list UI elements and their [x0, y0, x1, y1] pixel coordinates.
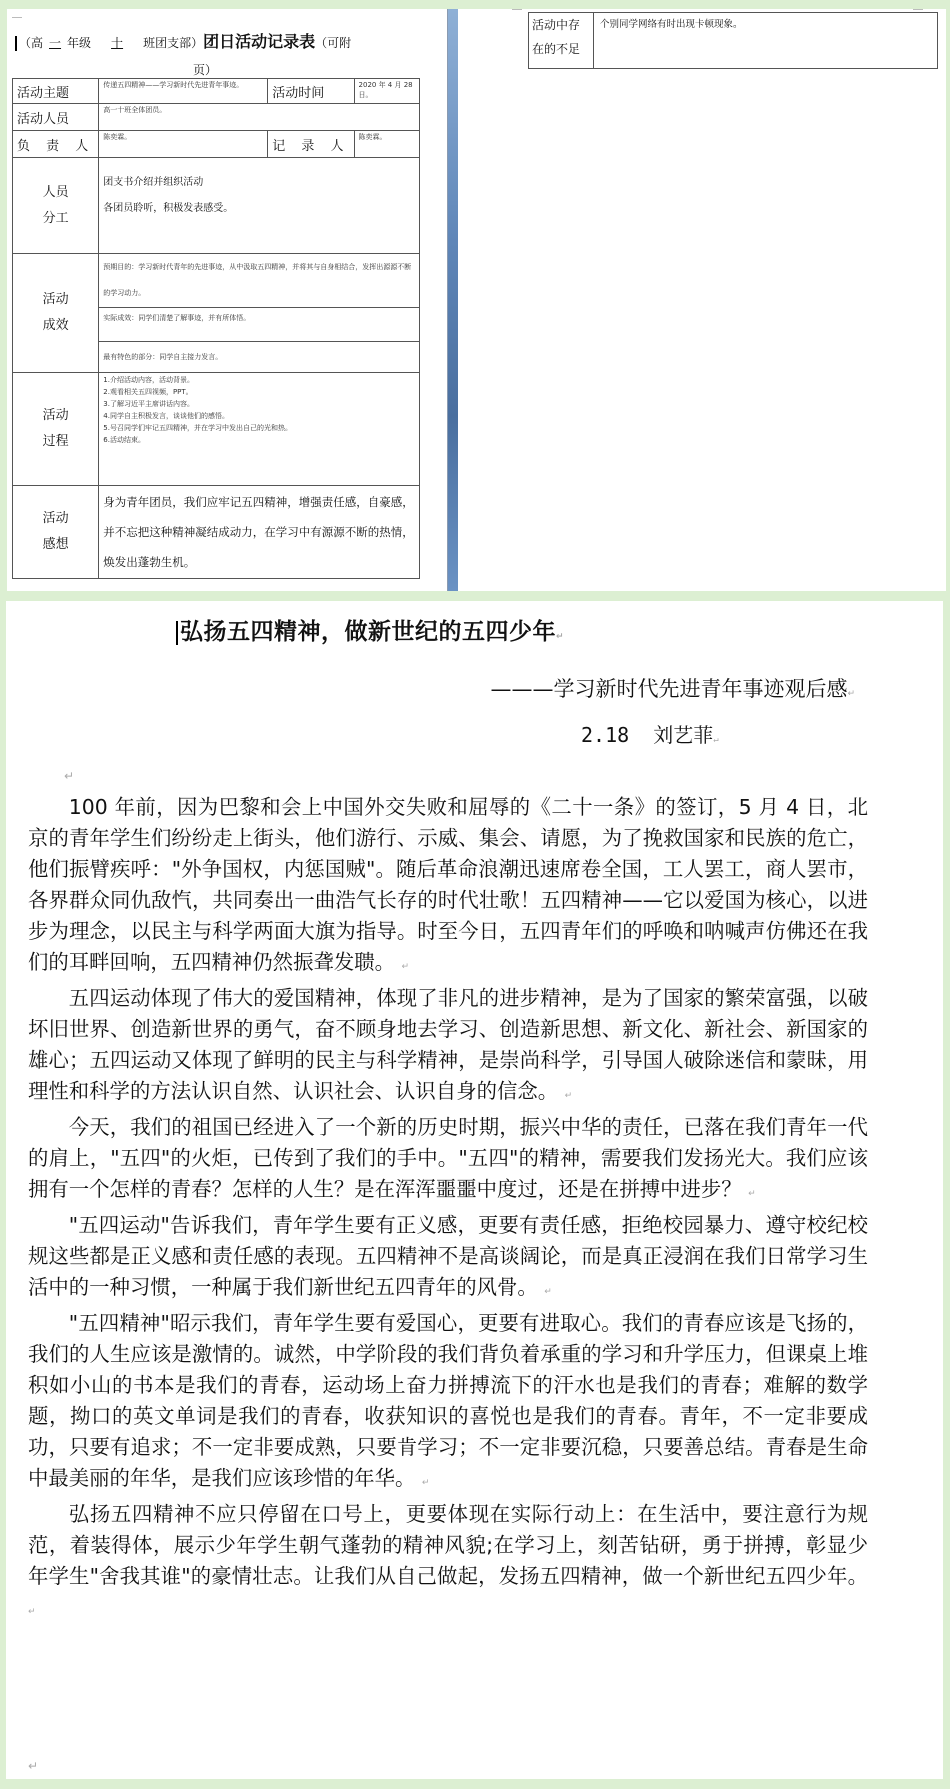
division-label-line-1: 人员: [17, 180, 94, 206]
results-actual[interactable]: 实际成效：同学们清楚了解事迹，并有所体悟。: [99, 308, 420, 342]
essay-title[interactable]: 弘扬五四精神，做新世纪的五四少年↵: [176, 613, 564, 646]
time-label: 活动时间: [268, 79, 354, 104]
feelings-label-line-1: 活动: [17, 506, 94, 532]
results-label-line-2: 成效: [17, 313, 94, 339]
process-step: 1.介绍活动内容，活动背景。: [103, 374, 415, 386]
document-page-essay: 弘扬五四精神，做新世纪的五四少年↵ ———学习新时代先进青年事迹观后感↵ 2.1…: [6, 601, 943, 1779]
process-step: 4.同学自主积极发言，谈谈他们的感悟。: [103, 410, 415, 422]
division-line-2: 各团员聆听，积极发表感受。: [103, 196, 415, 222]
division-value[interactable]: 团支书介绍并组织活动 各团员聆听，积极发表感受。: [99, 158, 420, 254]
process-label: 活动 过程: [13, 373, 99, 486]
essay-paragraph: 五四运动体现了伟大的爱国精神，体现了非凡的进步精神，是为了国家的繁荣富强，以破坏…: [28, 983, 868, 1112]
essay-author-text: 2.18 刘艺菲: [581, 723, 713, 747]
process-step: 3.了解习近平主席讲话内容。: [103, 398, 415, 410]
process-step: 5.号召同学们牢记五四精神，并在学习中发出自己的光和热。: [103, 422, 415, 434]
recorder-value[interactable]: 陈奕霖。: [354, 131, 419, 158]
paragraph-text: 100 年前，因为巴黎和会上中国外交失败和屈辱的《二十一条》的签订，5 月 4 …: [28, 795, 868, 974]
text-cursor: [15, 36, 17, 51]
paragraph-text: 今天，我们的祖国已经进入了一个新的历史时期，振兴中华的责任，已落在我们青年一代的…: [28, 1115, 868, 1201]
paragraph-mark-icon: ↵: [556, 632, 564, 642]
paragraph-mark-icon: ↵: [422, 1478, 430, 1488]
recorder-label: 记 录 人: [268, 131, 354, 158]
process-step: 2.观看相关五四视频，PPT。: [103, 386, 415, 398]
class-label: 班团支部）: [143, 36, 203, 50]
theme-label: 活动主题: [13, 79, 99, 104]
essay-paragraph: "五四精神"昭示我们，青年学生要有爱国心，更要有进取心。我们的青春应该是飞扬的，…: [28, 1308, 868, 1499]
feelings-label: 活动 感想: [13, 486, 99, 579]
deficit-value[interactable]: 个别同学网络有时出现卡顿现象。: [594, 13, 938, 69]
deficit-table: 活动中存 在的不足 个别同学网络有时出现卡顿现象。: [528, 12, 938, 69]
paragraph-mark-icon: ↵: [544, 1287, 552, 1297]
process-value[interactable]: 1.介绍活动内容，活动背景。 2.观看相关五四视频，PPT。 3.了解习近平主席…: [99, 373, 420, 486]
process-steps: 1.介绍活动内容，活动背景。 2.观看相关五四视频，PPT。 3.了解习近平主席…: [103, 374, 415, 446]
leader-label: 负 责 人: [13, 131, 99, 158]
essay-paragraph: 100 年前，因为巴黎和会上中国外交失败和屈辱的《二十一条》的签订，5 月 4 …: [28, 792, 868, 983]
paragraph-mark-icon: ↵: [28, 1759, 38, 1773]
grade-value[interactable]: 一: [43, 36, 67, 50]
record-table: 活动主题 传递五四精神——学习新时代先进青年事迹。 活动时间 2020 年 4 …: [12, 78, 420, 579]
division-line-1: 团支书介绍并组织活动: [103, 170, 415, 196]
title-suffix-2: 页）: [0, 60, 415, 80]
essay-author[interactable]: 2.18 刘艺菲↵: [581, 719, 719, 748]
title-suffix: （可附: [315, 36, 351, 50]
essay-paragraph: "五四运动"告诉我们，青年学生要有正义感，更要有责任感，拒绝校园暴力、遵守校纪校…: [28, 1210, 868, 1308]
division-label: 人员 分工: [13, 158, 99, 254]
essay-paragraph: 弘扬五四精神不应只停留在口号上，更要体现在实际行动上：在生活中，要注意行为规范，…: [28, 1499, 868, 1628]
deficit-label-line-2: 在的不足: [532, 37, 590, 61]
process-step: 6.活动结束。: [103, 434, 415, 446]
paragraph-mark-icon: ↵: [402, 962, 410, 972]
form-main-title: 团日活动记录表: [203, 32, 315, 51]
results-feature[interactable]: 最有特色的部分：同学自主接力发言。: [99, 342, 420, 373]
paragraph-mark-icon: ↵: [847, 689, 855, 699]
paragraph-text: "五四精神"昭示我们，青年学生要有爱国心，更要有进取心。我们的青春应该是飞扬的，…: [28, 1311, 868, 1490]
essay-title-text: 弘扬五四精神，做新世纪的五四少年: [180, 619, 556, 645]
time-value[interactable]: 2020 年 4 月 28 日。: [354, 79, 419, 104]
paragraph-text: 五四运动体现了伟大的爱国精神，体现了非凡的进步精神，是为了国家的繁荣富强，以破坏…: [28, 986, 868, 1103]
paragraph-mark-icon: ↵: [64, 769, 74, 783]
results-label-line-1: 活动: [17, 287, 94, 313]
division-label-line-2: 分工: [17, 206, 94, 232]
deficit-label-line-1: 活动中存: [532, 13, 590, 37]
form-title: （高一年级十班团支部）团日活动记录表（可附 页）: [15, 25, 415, 80]
process-label-line-1: 活动: [17, 403, 94, 429]
theme-value[interactable]: 传递五四精神——学习新时代先进青年事迹。: [99, 79, 268, 104]
paragraph-mark-icon: ↵: [713, 735, 718, 745]
feelings-label-line-2: 感想: [17, 532, 94, 558]
paragraph-mark-icon: ↵: [565, 1091, 573, 1101]
results-expected[interactable]: 预期目的：学习新时代青年的先进事迹，从中汲取五四精神，并将其与自身相结合，发挥出…: [99, 254, 420, 308]
grade-label: 年级: [67, 36, 91, 50]
essay-subtitle-text: ———学习新时代先进青年事迹观后感: [490, 677, 847, 701]
members-value[interactable]: 高一十班全体团员。: [99, 104, 420, 131]
empty-paragraph: ↵: [28, 761, 868, 792]
page-corner-mark: [12, 17, 22, 18]
document-page-continued: 活动中存 在的不足 个别同学网络有时出现卡顿现象。: [458, 9, 946, 591]
text-cursor: [176, 621, 178, 645]
results-label: 活动 成效: [13, 254, 99, 373]
page-corner-mark: [913, 9, 923, 10]
paragraph-text: "五四运动"告诉我们，青年学生要有正义感，更要有责任感，拒绝校园暴力、遵守校纪校…: [28, 1213, 868, 1299]
paragraph-mark-icon: ↵: [748, 1189, 756, 1199]
feelings-value[interactable]: 身为青年团员，我们应牢记五四精神，增强责任感，自豪感，并不忘把这种精神凝结成动力…: [99, 486, 420, 579]
leader-value[interactable]: 陈奕霖。: [99, 131, 268, 158]
deficit-label: 活动中存 在的不足: [529, 13, 594, 69]
process-label-line-2: 过程: [17, 429, 94, 455]
title-prefix: （高: [19, 36, 43, 50]
essay-body[interactable]: ↵ 100 年前，因为巴黎和会上中国外交失败和屈辱的《二十一条》的签订，5 月 …: [28, 761, 868, 1628]
page-corner-mark: [512, 9, 522, 10]
paragraph-mark-icon: ↵: [28, 1607, 36, 1617]
document-page-record-form: （高一年级十班团支部）团日活动记录表（可附 页） 活动主题 传递五四精神——学习…: [7, 9, 447, 591]
class-value[interactable]: 十: [91, 36, 143, 50]
essay-paragraph: 今天，我们的祖国已经进入了一个新的历史时期，振兴中华的责任，已落在我们青年一代的…: [28, 1112, 868, 1210]
essay-subtitle[interactable]: ———学习新时代先进青年事迹观后感↵: [490, 673, 855, 703]
members-label: 活动人员: [13, 104, 99, 131]
paragraph-text: 弘扬五四精神不应只停留在口号上，更要体现在实际行动上：在生活中，要注意行为规范，…: [28, 1502, 868, 1588]
